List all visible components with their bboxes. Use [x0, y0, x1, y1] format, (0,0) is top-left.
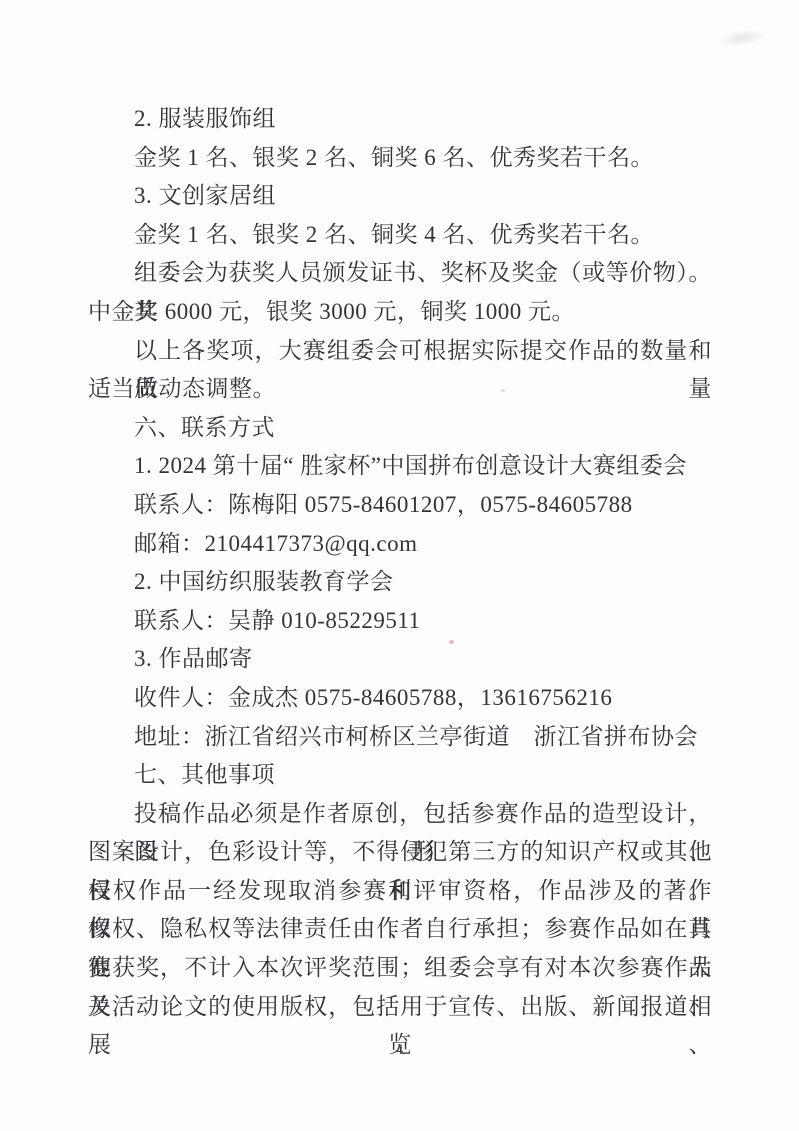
- text-line: 中金奖 6000 元，银奖 3000 元，铜奖 1000 元。: [88, 293, 712, 332]
- text-line: 关活动论文的使用版权，包括用于宣传、出版、新闻报道、展览、: [88, 988, 712, 1027]
- text-line: 七、其他事项: [88, 756, 712, 795]
- document-body: 2. 服装服饰组金奖 1 名、银奖 2 名、铜奖 6 名、优秀奖若干名。3. 文…: [88, 100, 712, 1026]
- text-line: 2. 中国纺织服装教育学会: [88, 563, 712, 602]
- page-number: 4: [0, 1042, 799, 1059]
- text-line: 像权、隐私权等法律责任由作者自行承担；参赛作品如在其他大: [88, 910, 712, 949]
- text-line: 联系人：吴静 010-85229511: [88, 602, 712, 641]
- text-line: 图案设计，色彩设计等，不得侵犯第三方的知识产权或其他权利。: [88, 833, 712, 872]
- text-line: 3. 作品邮寄: [88, 640, 712, 679]
- text-line: 2. 服装服饰组: [88, 100, 712, 139]
- text-line: 侵权作品一经发现取消参赛和评审资格，作品涉及的著作权、肖: [88, 872, 712, 911]
- text-line: 以上各奖项，大赛组委会可根据实际提交作品的数量和质量: [88, 332, 712, 371]
- text-line: 投稿作品必须是作者原创，包括参赛作品的造型设计，图形、: [88, 795, 712, 834]
- text-line: 收件人：金成杰 0575-84605788，13616756216: [88, 679, 712, 718]
- text-line: 组委会为获奖人员颁发证书、奖杯及奖金（或等价物）。其: [88, 254, 712, 293]
- document-page: 2. 服装服饰组金奖 1 名、银奖 2 名、铜奖 6 名、优秀奖若干名。3. 文…: [0, 0, 799, 1131]
- text-line: 地址：浙江省绍兴市柯桥区兰亭街道 浙江省拼布协会: [88, 718, 712, 757]
- text-line: 1. 2024 第十届“ 胜家杯”中国拼布创意设计大赛组委会: [88, 447, 712, 486]
- text-line: 邮箱：2104417373@qq.com: [88, 525, 712, 564]
- scan-smudge: [717, 27, 767, 50]
- text-line: 六、联系方式: [88, 409, 712, 448]
- text-line: 联系人：陈梅阳 0575-84601207，0575-84605788: [88, 486, 712, 525]
- text-line: 赛获奖，不计入本次评奖范围；组委会享有对本次参赛作品及相: [88, 949, 712, 988]
- text-line: 金奖 1 名、银奖 2 名、铜奖 6 名、优秀奖若干名。: [88, 139, 712, 178]
- text-line: 金奖 1 名、银奖 2 名、铜奖 4 名、优秀奖若干名。: [88, 216, 712, 255]
- text-line: 3. 文创家居组: [88, 177, 712, 216]
